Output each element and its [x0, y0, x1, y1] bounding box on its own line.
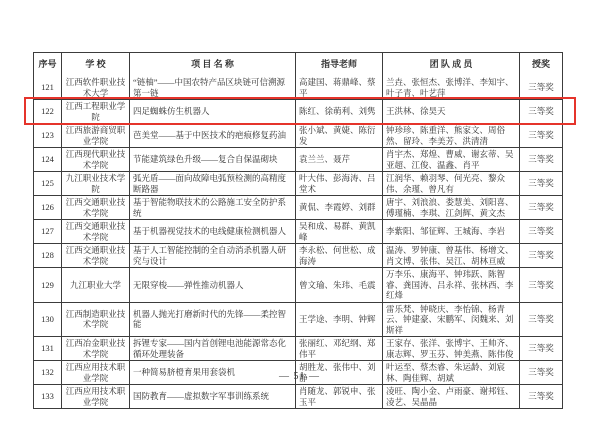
cell-advisors: 张丽红、邓纪纲、郑伟平	[295, 337, 382, 360]
cell-team-members: 温涛、罗钟康、曾基伟、杨增文、肖文博、张伟、吴江、胡林亘威	[382, 244, 519, 267]
cell-school: 九江职业技术学院	[61, 172, 129, 195]
cell-row-number: 130	[34, 303, 61, 337]
cell-project-name: 基于智能物联技术的公路施工安全防护系统	[129, 196, 295, 219]
header-school: 学 校	[61, 53, 129, 76]
table-row: 128 江西交通职业技术学院 基于人工智能控制的全自动消杀机器人研究与设计 李永…	[34, 243, 562, 267]
cell-award-level: 三等奖	[519, 337, 562, 360]
table-row: 130 江西制造职业技术学院 机器人抛光打磨新时代的先锋——柔控智能 王学途、李…	[34, 302, 562, 337]
cell-school: 江西交通职业技术学院	[61, 244, 129, 267]
cell-award-level: 三等奖	[519, 303, 562, 337]
cell-team-members: 王洪林、徐昊天	[382, 100, 519, 123]
header-no: 序号	[34, 53, 61, 76]
cell-team-members: 钟珍珍、陈重洋、熊家文、周俗然、留玲、李美芳、洪清清	[382, 124, 519, 147]
award-table: 序号 学 校 项 目 名 称 指导老师 团 队 成 员 授奖 121 江西软件职…	[33, 52, 563, 409]
cell-school: 九江职业大学	[61, 268, 129, 302]
header-advisors: 指导老师	[295, 53, 382, 76]
cell-advisors: 袁兰兰、聂芹	[295, 148, 382, 171]
cell-award-level: 三等奖	[519, 100, 562, 123]
table-row: 131 江西冶金职业技术学院 拆锂专家——国内首创锂电池能源常态化循环处理装备 …	[34, 336, 562, 360]
cell-row-number: 128	[34, 244, 61, 267]
cell-school: 江西现代职业技术学院	[61, 148, 129, 171]
cell-advisors: 黄侃、李霞婷、刘群	[295, 196, 382, 219]
cell-project-name: 弧光盾——面向故障电弧预检测的高精度断路器	[129, 172, 295, 195]
cell-team-members: 王家存、张洋、张博宇、王帅齐、康志辉、罗玉芬、钟美燕、陈伟俊	[382, 337, 519, 360]
cell-advisors: 王学途、李明、钟辉	[295, 303, 382, 337]
cell-advisors: 叶大伟、彭海涛、吕堂术	[295, 172, 382, 195]
cell-row-number: 131	[34, 337, 61, 360]
cell-advisors: 肖随龙、郭锐申、张玉平	[295, 385, 382, 408]
cell-award-level: 三等奖	[519, 268, 562, 302]
cell-advisors: 张小斌、黄婕、陈衍发	[295, 124, 382, 147]
table-row: 121 江西软件职业技术大学 “链柚”——中国农特产品区块链可信溯源第一链 高建…	[34, 76, 562, 99]
cell-award-level: 三等奖	[519, 244, 562, 267]
cell-advisors: 李永松、何世松、成海涛	[295, 244, 382, 267]
cell-award-level: 三等奖	[519, 148, 562, 171]
header-team: 团 队 成 员	[382, 53, 519, 76]
cell-school: 江西软件职业技术大学	[61, 76, 129, 99]
cell-team-members: 万李乐、康海平、钟玮跃、陈智睿、龚国涛、吕永祥、张林西、李红烽	[382, 268, 519, 302]
table-row: 127 江西交通职业技术学院 基于机器视觉技术的电线健康检测机器人 吴和成、易群…	[34, 219, 562, 243]
header-award: 授奖	[519, 53, 562, 76]
cell-school: 江西旅游商贸职业学院	[61, 124, 129, 147]
table-header-row: 序号 学 校 项 目 名 称 指导老师 团 队 成 员 授奖	[34, 53, 562, 76]
cell-row-number: 125	[34, 172, 61, 195]
cell-team-members: 雷乐梵、钟晓庆、李怡锦、杨青云、钟建豪、宋鹏军、闵魏来、刘斯祥	[382, 303, 519, 337]
cell-team-members: 李紫阳、邹征辉、王城海、李岩	[382, 220, 519, 243]
cell-project-name: 四足蜘蛛仿生机器人	[129, 100, 295, 123]
cell-project-name: “链柚”——中国农特产品区块链可信溯源第一链	[129, 76, 295, 99]
table-row: 124 江西现代职业技术学院 节能建筑绿色升级——复合自保温砌块 袁兰兰、聂芹 …	[34, 147, 562, 171]
table-row: 133 江西应用技术职业学院 国防教育——虚拟数字军事训练系统 肖随龙、郭锐申、…	[34, 384, 562, 408]
cell-award-level: 三等奖	[519, 172, 562, 195]
cell-school: 江西制造职业技术学院	[61, 303, 129, 337]
cell-project-name: 无限穿梭——弹性推动机器人	[129, 268, 295, 302]
cell-project-name: 基于机器视觉技术的电线健康检测机器人	[129, 220, 295, 243]
cell-row-number: 133	[34, 385, 61, 408]
cell-row-number: 124	[34, 148, 61, 171]
cell-team-members: 江润华、赖羽琴、何光亮、黎众伟、余瑾、曾凡有	[382, 172, 519, 195]
cell-advisors: 吴和成、易群、黄凯峰	[295, 220, 382, 243]
cell-school: 江西冶金职业技术学院	[61, 337, 129, 360]
cell-school: 江西交通职业技术学院	[61, 220, 129, 243]
cell-project-name: 芭美堂——基于中医技术的疤痕修复药油	[129, 124, 295, 147]
table-row: 129 九江职业大学 无限穿梭——弹性推动机器人 曾文瑜、朱玮、毛震 万李乐、康…	[34, 267, 562, 302]
cell-row-number: 126	[34, 196, 61, 219]
cell-row-number: 127	[34, 220, 61, 243]
table-row: 122 江西工程职业学院 四足蜘蛛仿生机器人 陈红、徐萌利、刘隽 王洪林、徐昊天…	[34, 99, 562, 123]
cell-team-members: 兰垚、张恒杰、张博洋、李知宇、叶子青、叶艺萍	[382, 76, 519, 99]
cell-team-members: 肖宇杰、郑煌、曹威、谢玄蒂、吴亚超、江俊、温鑫、肖平	[382, 148, 519, 171]
cell-award-level: 三等奖	[519, 76, 562, 99]
page-number: — 51 —	[0, 371, 599, 382]
cell-project-name: 基于人工智能控制的全自动消杀机器人研究与设计	[129, 244, 295, 267]
cell-award-level: 三等奖	[519, 196, 562, 219]
header-project: 项 目 名 称	[129, 53, 295, 76]
document-page: 序号 学 校 项 目 名 称 指导老师 团 队 成 员 授奖 121 江西软件职…	[0, 0, 599, 423]
cell-advisors: 陈红、徐萌利、刘隽	[295, 100, 382, 123]
cell-award-level: 三等奖	[519, 385, 562, 408]
cell-team-members: 唐宇、刘浪浪、娄慧美、刘阳喜、傅瑾楠、李琪、江剑辉、黄文杰	[382, 196, 519, 219]
cell-school: 江西交通职业技术学院	[61, 196, 129, 219]
cell-project-name: 拆锂专家——国内首创锂电池能源常态化循环处理装备	[129, 337, 295, 360]
cell-row-number: 129	[34, 268, 61, 302]
cell-award-level: 三等奖	[519, 220, 562, 243]
cell-row-number: 122	[34, 100, 61, 123]
cell-advisors: 曾文瑜、朱玮、毛震	[295, 268, 382, 302]
cell-project-name: 国防教育——虚拟数字军事训练系统	[129, 385, 295, 408]
cell-row-number: 121	[34, 76, 61, 99]
cell-project-name: 节能建筑绿色升级——复合自保温砌块	[129, 148, 295, 171]
table-row: 123 江西旅游商贸职业学院 芭美堂——基于中医技术的疤痕修复药油 张小斌、黄婕…	[34, 123, 562, 147]
cell-advisors: 高建国、蒋鼎峰、蔡平	[295, 76, 382, 99]
table-row: 125 九江职业技术学院 弧光盾——面向故障电弧预检测的高精度断路器 叶大伟、彭…	[34, 171, 562, 195]
cell-row-number: 123	[34, 124, 61, 147]
cell-team-members: 凌旺、陶小金、卢雨豪、谢邦钰、凌艺、吴晶晶	[382, 385, 519, 408]
cell-school: 江西应用技术职业学院	[61, 385, 129, 408]
cell-project-name: 机器人抛光打磨新时代的先锋——柔控智能	[129, 303, 295, 337]
cell-school: 江西工程职业学院	[61, 100, 129, 123]
table-row: 126 江西交通职业技术学院 基于智能物联技术的公路施工安全防护系统 黄侃、李霞…	[34, 195, 562, 219]
cell-award-level: 三等奖	[519, 124, 562, 147]
